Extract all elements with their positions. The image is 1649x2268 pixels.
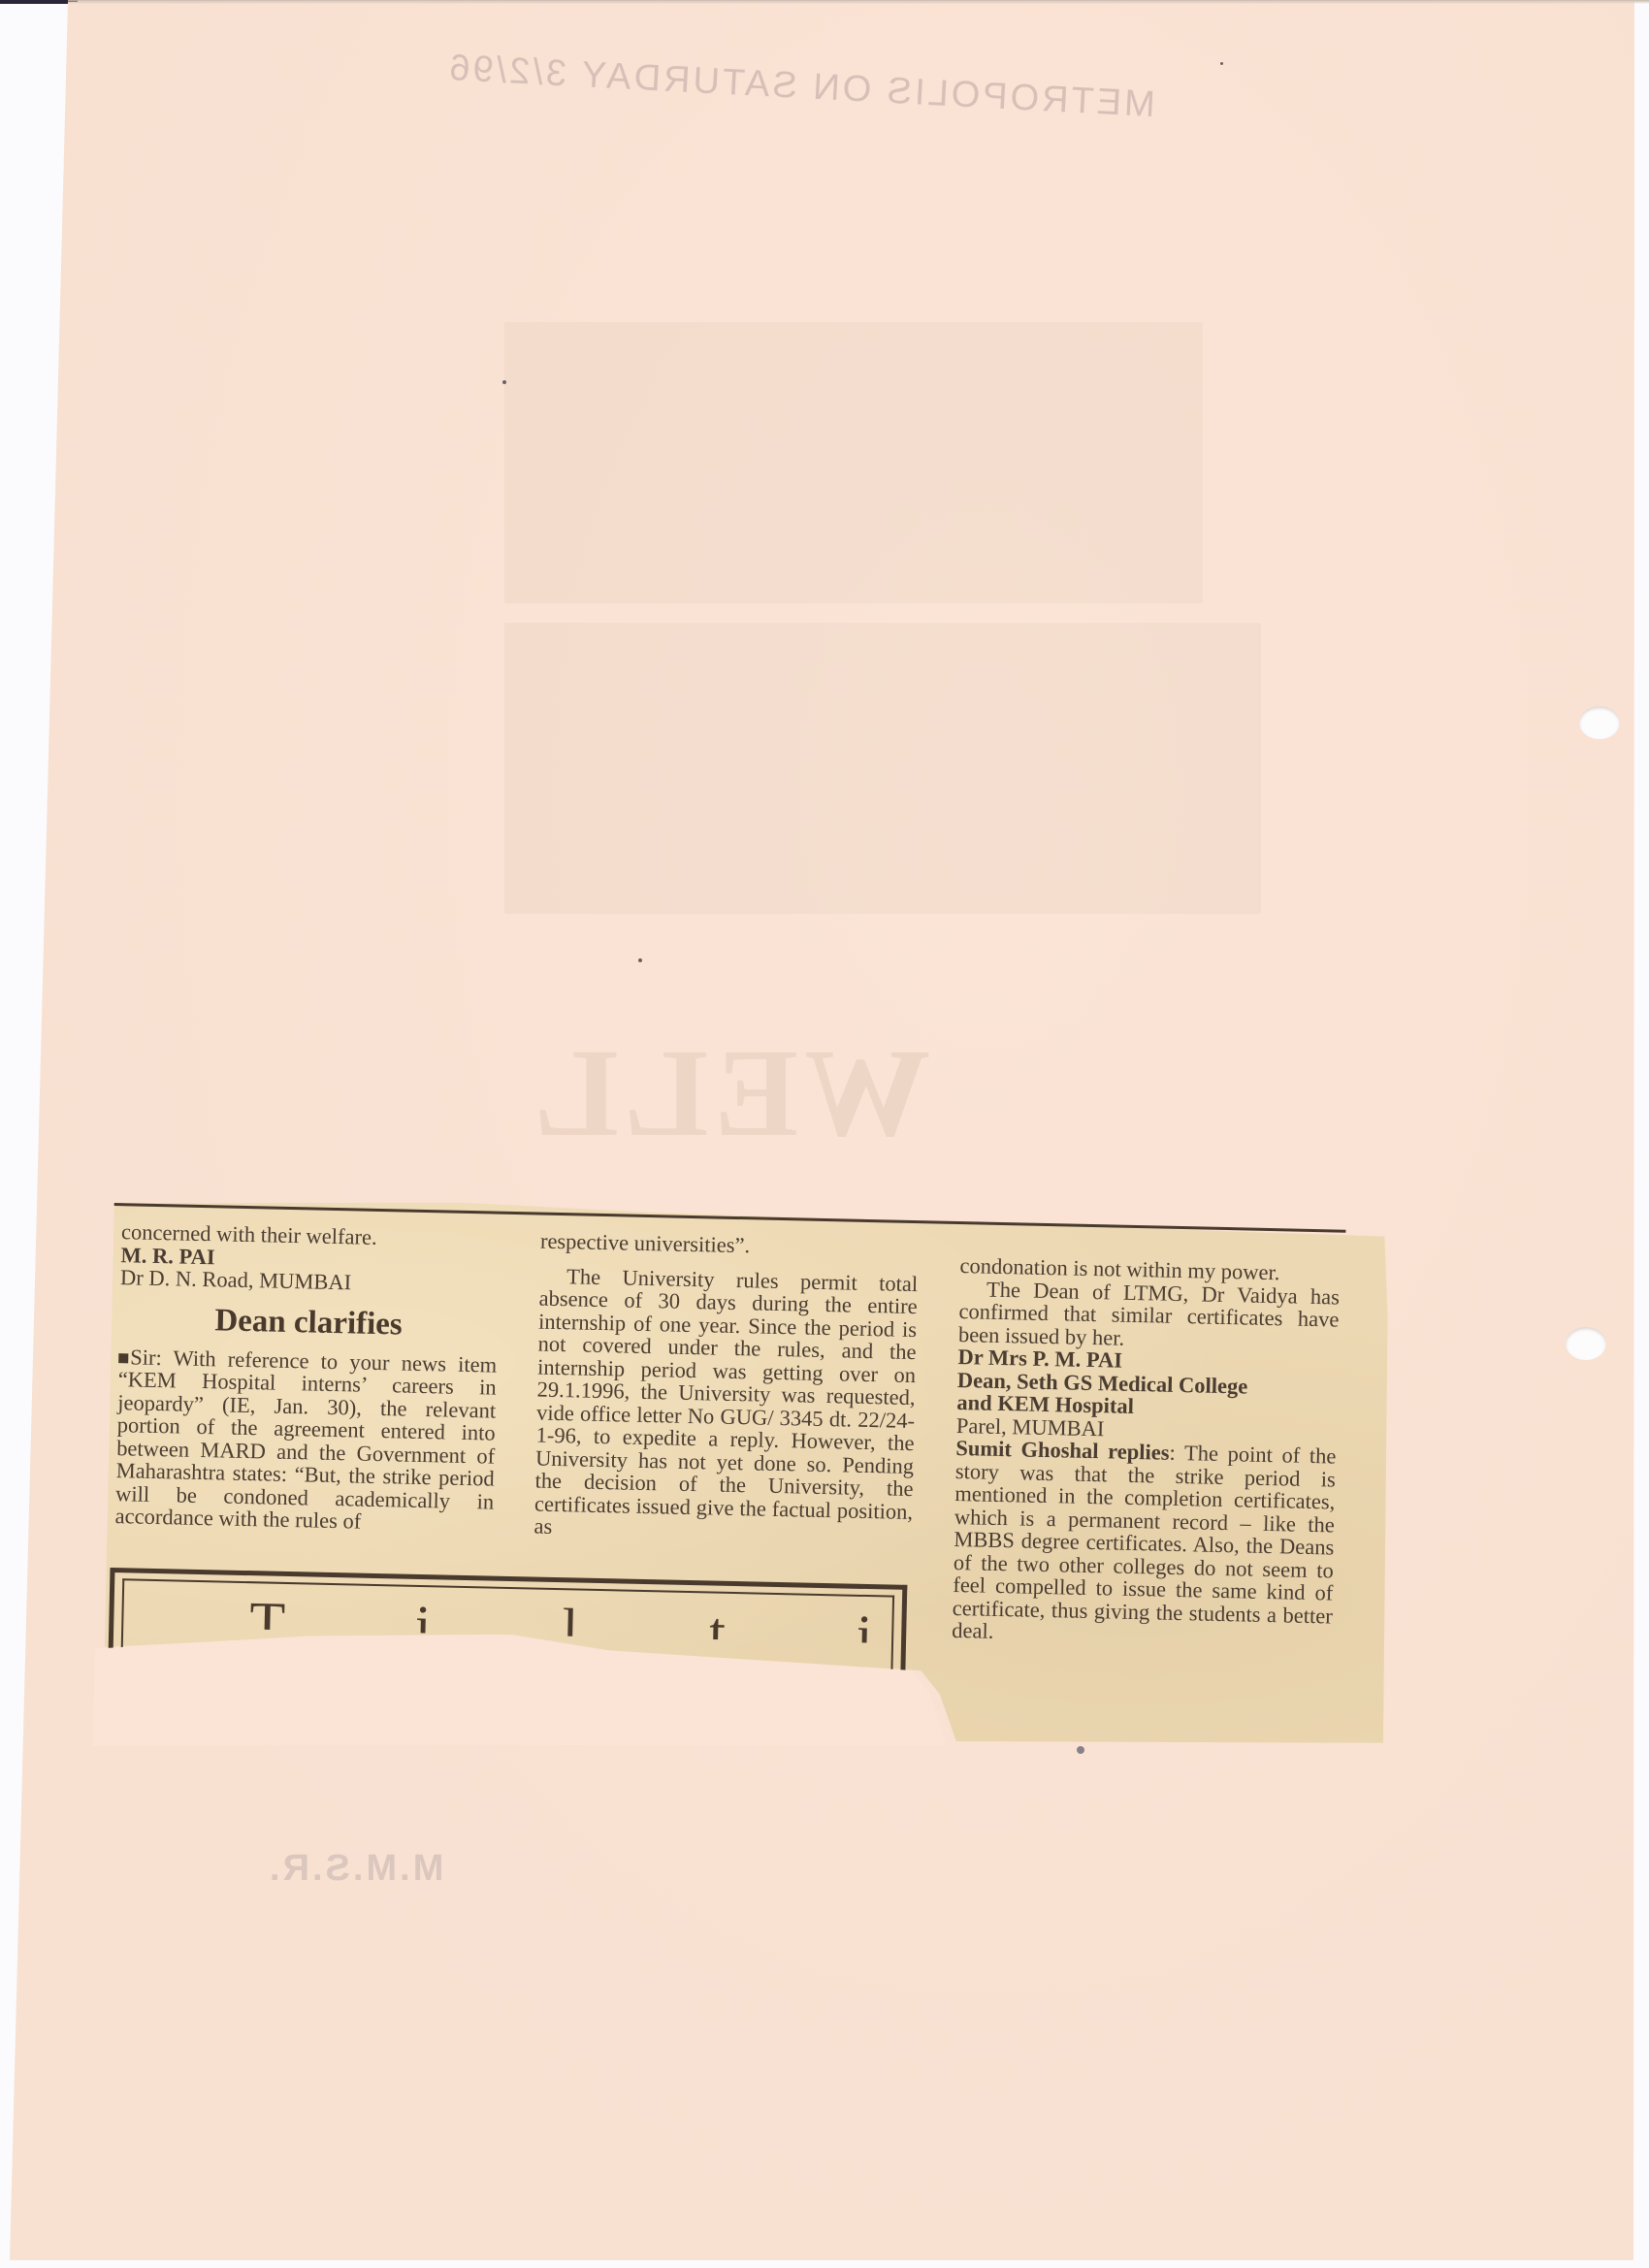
scanner-edge [0,0,78,4]
column-2: respective universities”. The University… [533,1230,919,1546]
bullet-square-icon [118,1353,128,1363]
speck [502,380,506,384]
show-through-block [504,623,1261,914]
paper-sheet: WELL [0,2,1649,2262]
reply-body: : The point of the story was that the st… [952,1441,1337,1643]
column-3-body: The Dean of LTMG, Dr Vaidya has confirme… [958,1278,1340,1354]
punch-hole-bottom [1566,1327,1606,1360]
show-through-headline: WELL [529,1021,930,1166]
speck [638,958,642,962]
letter-2-body-start: Sir: With reference to your news item “K… [114,1345,497,1534]
show-through-block [504,322,1203,603]
speck [1220,62,1223,65]
column-1: concerned with their welfare. M. R. PAI … [114,1220,500,1536]
column-2-body: The University rules permit total absenc… [533,1264,918,1545]
letter-headline: Dean clarifies [119,1299,499,1345]
show-through-initials: M.M.S.R. [267,1848,443,1890]
newspaper-clipping: concerned with their welfare. M. R. PAI … [103,1191,1395,1763]
paper-top-edge [68,0,1649,4]
column-3: condonation is not within my power. The … [952,1254,1341,1650]
punch-hole-top [1579,706,1620,739]
scanned-page: WELL METROPOLIS ON SATURDAY 3/2/96 M.M.S… [0,0,1649,2268]
